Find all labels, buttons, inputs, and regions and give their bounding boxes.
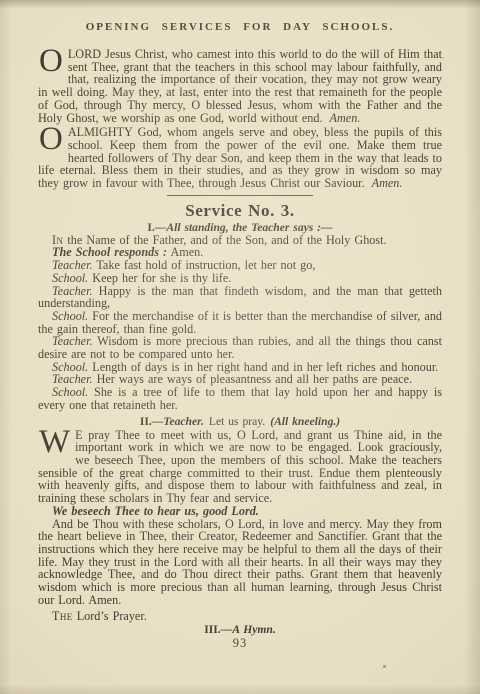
opening-prayer-teachers: OLORD Jesus Christ, who camest into this… bbox=[38, 48, 442, 124]
opening-prayer-pupils: OALMIGHTY God, whom angels serve and obe… bbox=[38, 126, 442, 190]
versicle-text: Wisdom is more precious than rubies, and… bbox=[38, 334, 442, 361]
versicle: School. For the merchandise of it is bet… bbox=[38, 310, 442, 335]
page-number: 93 bbox=[38, 637, 442, 650]
running-header: OPENING SERVICES FOR DAY SCHOOLS. bbox=[38, 0, 442, 33]
drop-cap-o: O bbox=[38, 126, 68, 152]
service-title: Service No. 3. bbox=[38, 202, 442, 219]
congregation-response: We beseech Thee to hear us, good Lord. bbox=[38, 505, 442, 518]
drop-cap-w: W bbox=[38, 429, 75, 455]
prayer-body: E pray Thee to meet with us, O Lord, and… bbox=[38, 428, 442, 506]
versicle-text: She is a tree of life to them that lay h… bbox=[38, 385, 442, 412]
versicle-text: For the merchandise of it is better than… bbox=[38, 309, 442, 336]
section-divider bbox=[167, 195, 313, 196]
lords-prayer-text: Lord’s Prayer. bbox=[77, 609, 147, 623]
versicle: School. She is a tree of life to them th… bbox=[38, 386, 442, 411]
book-page: OPENING SERVICES FOR DAY SCHOOLS. OLORD … bbox=[0, 0, 480, 650]
rubric-2: II.—Teacher.Let us pray.(All kneeling.) bbox=[38, 415, 442, 428]
rubric-text: A Hymn. bbox=[232, 623, 276, 636]
paper-speck bbox=[442, 57, 444, 59]
lords-prayer-line: The Lord’s Prayer. bbox=[38, 610, 442, 623]
amen-text: Amen. bbox=[372, 176, 403, 190]
prayer-body: LORD Jesus Christ, who camest into this … bbox=[38, 47, 442, 125]
rubric-text: Let us pray. bbox=[209, 415, 265, 428]
paper-speck bbox=[383, 665, 386, 668]
amen-text: Amen. bbox=[330, 111, 361, 125]
rubric-3: III.—A Hymn. bbox=[38, 623, 442, 636]
drop-cap-o: O bbox=[38, 48, 68, 74]
prayer-and-be-thou: And be Thou with these scholars, O Lord,… bbox=[38, 518, 442, 607]
versicle: Teacher. Wisdom is more precious than ru… bbox=[38, 335, 442, 360]
versicle: Teacher. Happy is the man that findeth w… bbox=[38, 285, 442, 310]
rubric-speaker: Teacher. bbox=[163, 415, 203, 428]
rubric-direction: (All kneeling.) bbox=[270, 415, 340, 428]
lords-prayer-lead: The bbox=[52, 609, 73, 623]
prayer-we-pray: WE pray Thee to meet with us, O Lord, an… bbox=[38, 429, 442, 505]
rubric-numeral: III.— bbox=[204, 623, 232, 636]
versicle-text: Happy is the man that findeth wisdom, an… bbox=[38, 284, 442, 311]
rubric-numeral: II.— bbox=[140, 415, 164, 428]
